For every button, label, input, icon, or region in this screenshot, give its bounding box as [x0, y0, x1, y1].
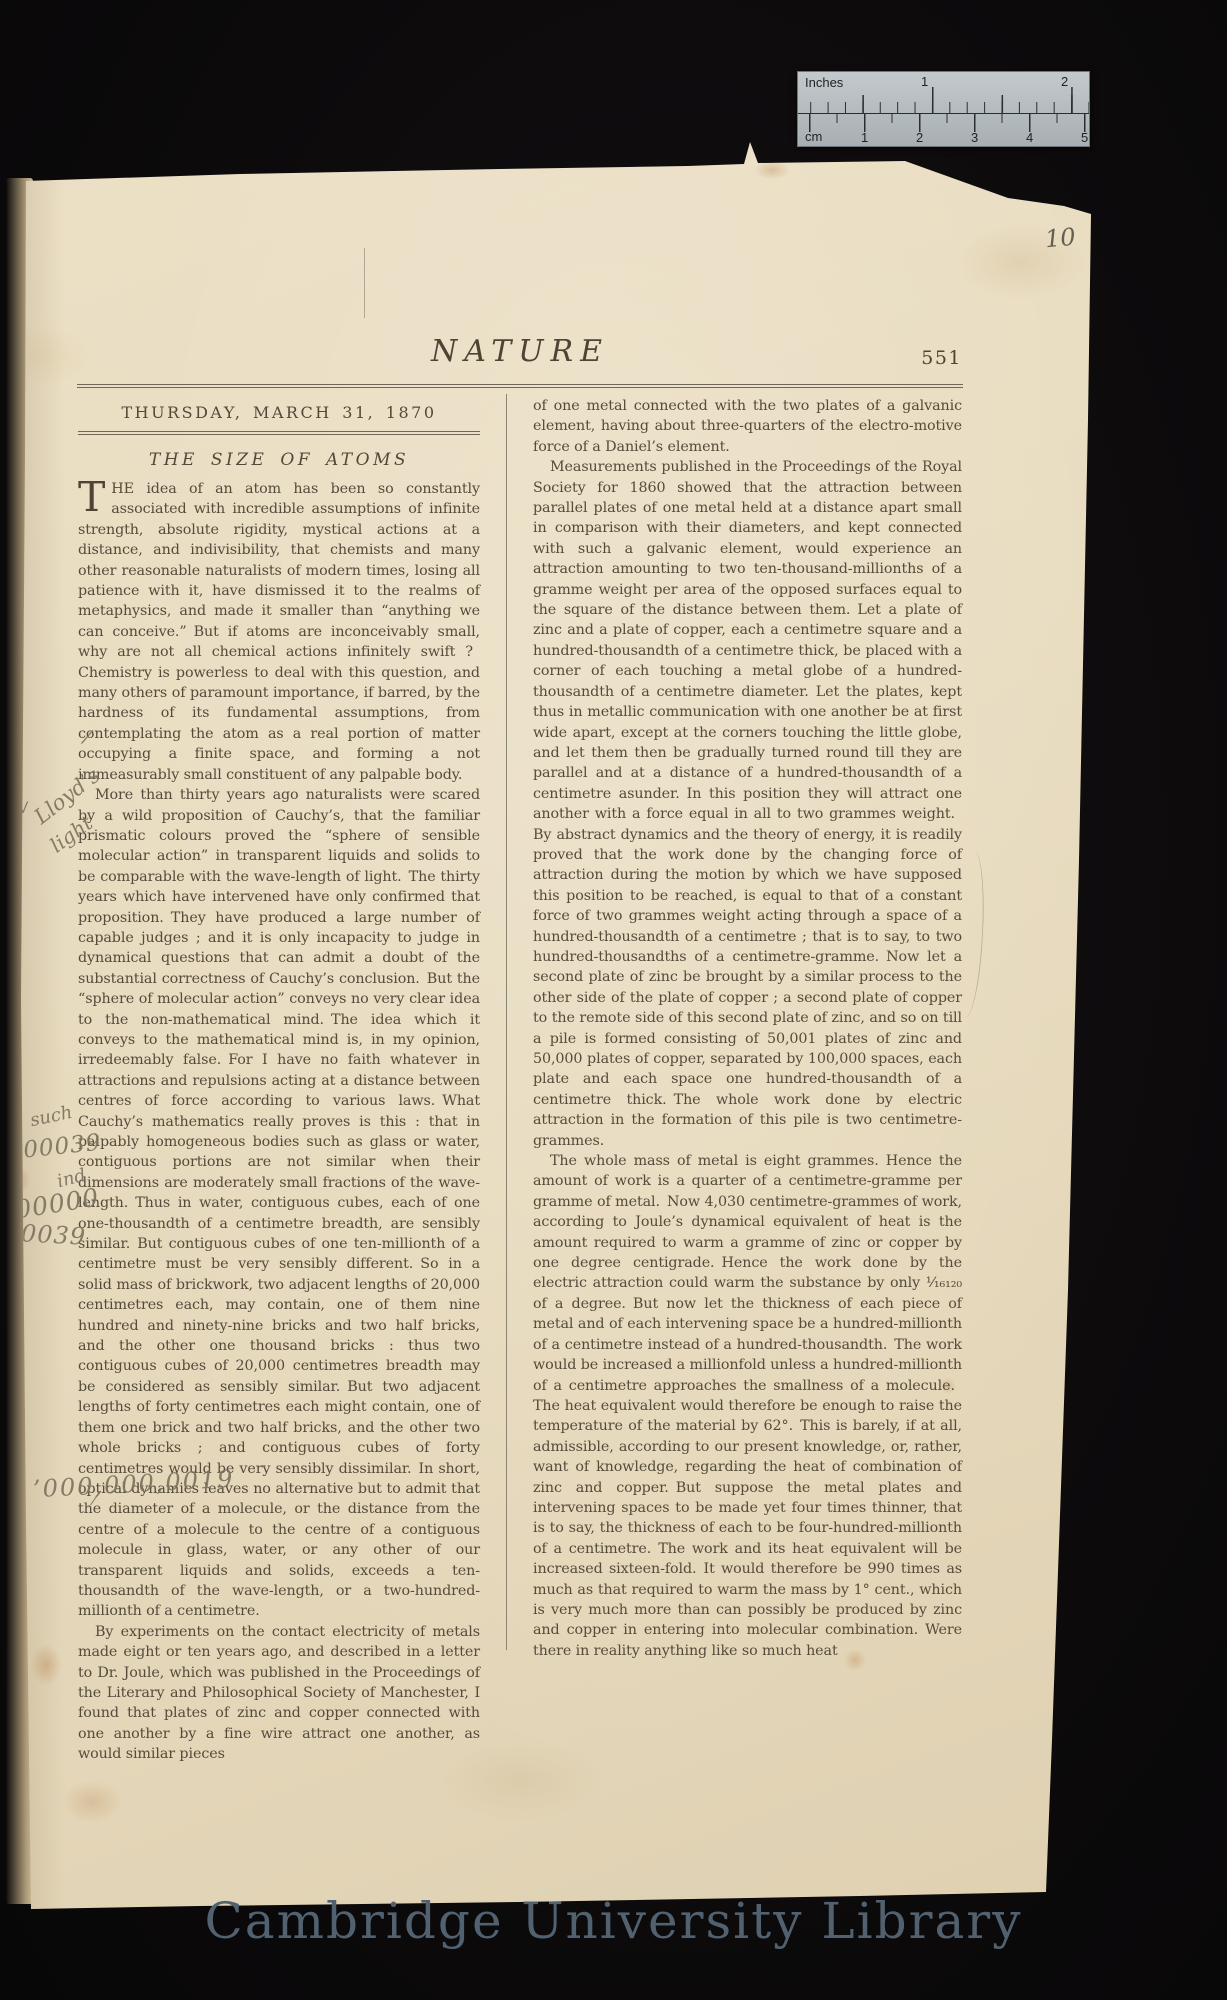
ruler-inch-number: 2 [1061, 75, 1068, 88]
ruler-cm-number: 5 [1081, 131, 1088, 144]
article-paragraph: of one metal connected with the two plat… [533, 396, 962, 457]
journal-title: NATURE [431, 334, 609, 369]
ruler-cm-number: 1 [861, 131, 868, 144]
ruler-inches-label: Inches [805, 76, 843, 89]
ruler-cm-number: 2 [916, 131, 923, 144]
ruler-cm-label: cm [805, 130, 822, 143]
pencil-note: 0039 [20, 1219, 86, 1250]
text-columns: THURSDAY, MARCH 31, 1870 THE SIZE OF ATO… [78, 392, 962, 1765]
issue-date: THURSDAY, MARCH 31, 1870 [78, 403, 480, 422]
article-paragraph: By experiments on the contact electricit… [78, 1622, 480, 1765]
scale-ruler: Inches 1 2 cm 1 2 3 4 5 [797, 71, 1090, 147]
ruler-inch-number: 1 [921, 75, 928, 88]
scanned-page: 10 NATURE 551 THURSDAY, MARCH 31, 1870 T… [0, 0, 1227, 2000]
paragraph-text: of one metal connected with the two plat… [533, 398, 962, 455]
pencil-registration-mark [364, 248, 375, 318]
article-paragraph: Measurements published in the Proceeding… [533, 457, 962, 1151]
cm-tick-marks [798, 114, 1089, 148]
header-rule [77, 384, 963, 388]
article-title: THE SIZE OF ATOMS [78, 450, 480, 470]
article-paragraph: The whole mass of metal is eight grammes… [533, 1151, 962, 1661]
paragraph-text: Measurements published in the Proceeding… [533, 459, 962, 1148]
ruler-cm-number: 4 [1026, 131, 1033, 144]
pencil-folio-number: 10 [1044, 223, 1077, 254]
journal-masthead: NATURE 551 [78, 334, 962, 369]
article-paragraph: THE idea of an atom has been so constant… [78, 479, 480, 785]
ruler-cm-number: 3 [971, 131, 978, 144]
right-column: of one metal connected with the two plat… [533, 392, 962, 1661]
drop-cap: T [78, 479, 111, 514]
date-rule [78, 431, 480, 435]
left-column: THURSDAY, MARCH 31, 1870 THE SIZE OF ATO… [78, 392, 480, 1765]
photo-background: { "ruler": { "inches_label": "Inches", "… [0, 0, 1227, 2000]
paragraph-text: By experiments on the contact electricit… [78, 1624, 480, 1762]
paragraph-text: The whole mass of metal is eight grammes… [533, 1153, 962, 1659]
column-divider [506, 394, 507, 1650]
paragraph-text: HE idea of an atom has been so constantl… [78, 481, 480, 783]
library-watermark: Cambridge University Library [0, 1892, 1227, 1950]
page-number: 551 [921, 347, 962, 369]
